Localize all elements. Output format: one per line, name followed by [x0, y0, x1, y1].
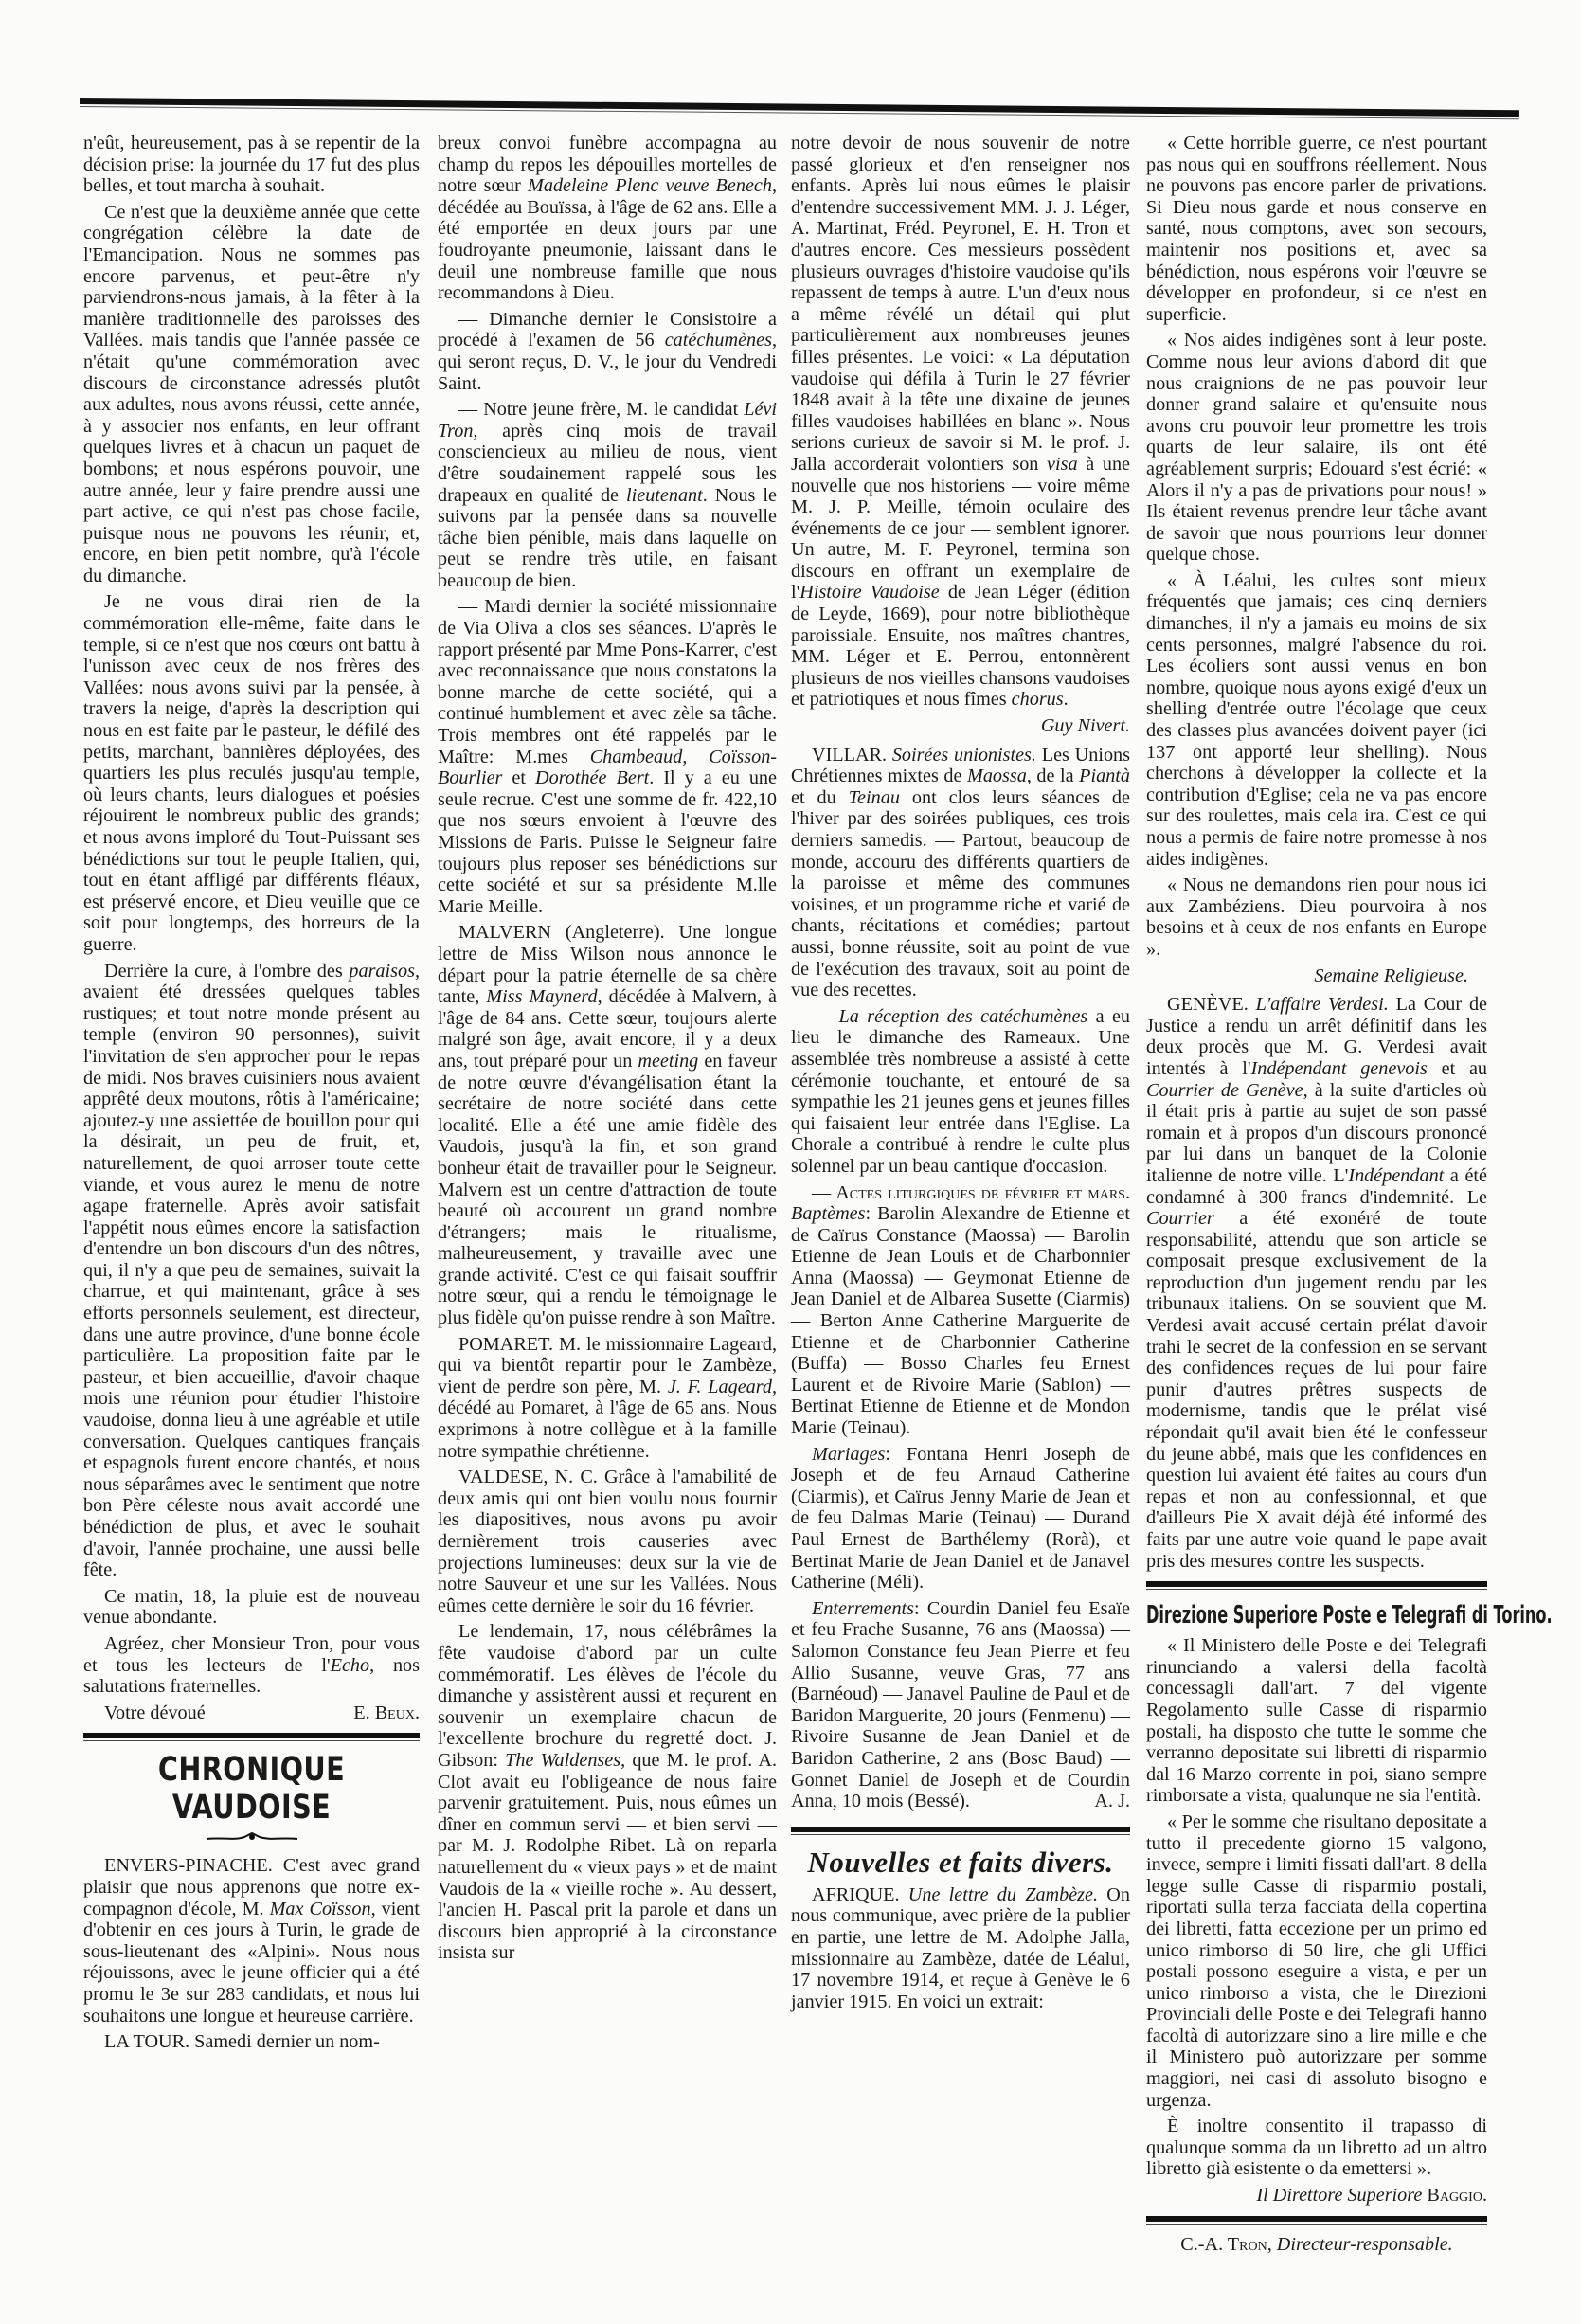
paragraph: Je ne vous dirai rien de la commémoratio…	[83, 591, 420, 955]
place-name: POMARET.	[458, 1334, 553, 1355]
paragraph: VILLAR. Soirées unionistes. Les Unions C…	[791, 745, 1130, 1001]
italic-text: catéchumènes	[665, 330, 772, 351]
ornament-icon	[83, 1830, 420, 1847]
text: Derrière la cure, à l'ombre des	[104, 961, 349, 982]
paragraph: « Il Ministero delle Poste e dei Telegra…	[1146, 1635, 1487, 1807]
paragraph: « Per le somme che risultano depositate …	[1146, 1811, 1487, 2111]
paragraph: « Nos aides indigènes sont à leur poste.…	[1146, 330, 1487, 566]
signoff-text: Votre dévoué	[83, 1702, 206, 1724]
italic-text: Piantà	[1079, 766, 1130, 786]
paragraph: — Dimanche dernier le Consistoire a proc…	[438, 309, 777, 394]
paragraph: « Cette horrible guerre, ce n'est pourta…	[1146, 133, 1487, 325]
section-title: Direzione Superiore Poste e Telegrafi di…	[1146, 1599, 1357, 1631]
paragraph: GENÈVE. L'affaire Verdesi. La Cour de Ju…	[1146, 994, 1487, 1572]
text: à une nouvelle que nos historiens — voir…	[791, 454, 1130, 604]
italic-text: Maossa	[967, 766, 1027, 786]
publisher-role: Directeur-responsable.	[1277, 2234, 1453, 2255]
signoff: Votre dévoué E. Beux.	[83, 1702, 420, 1724]
italic-label: Enterrements	[812, 1598, 914, 1619]
paragraph: Mariages: Fontana Henri Joseph de Joseph…	[791, 1444, 1130, 1594]
paragraph: Ce n'est que la deuxième année que cette…	[83, 202, 420, 587]
text: . Il y a eu une seule recrue. C'est une …	[438, 767, 777, 917]
text: Le lendemain, 17, nous célébrâmes la fêt…	[438, 1621, 777, 1771]
text: : Courdin Daniel feu Esaïe et feu Frache…	[791, 1598, 1130, 1811]
italic-label: Baptèmes	[791, 1203, 865, 1224]
italic-text: Dorothée Bert	[535, 767, 649, 788]
paragraph: ENVERS-PINACHE. C'est avec grand plaisir…	[83, 1855, 420, 2027]
paragraph: VALDESE, N. C. Grâce à l'amabilité de de…	[438, 1467, 777, 1616]
place-name: GENÈVE.	[1167, 994, 1249, 1015]
italic-text: Max Coïsson	[270, 1899, 371, 1919]
section-rule	[791, 1827, 1130, 1832]
italic-text: Indépendant	[1348, 1165, 1444, 1186]
footer-rule	[1146, 2216, 1487, 2222]
column-4: « Cette horrible guerre, ce n'est pourta…	[1146, 133, 1487, 2255]
paragraph: LA TOUR. Samedi dernier un nom-	[83, 2031, 420, 2053]
column-1: n'eût, heureusement, pas à se repentir d…	[83, 133, 420, 2058]
italic-text: Une lettre du Zambèze.	[900, 1884, 1099, 1905]
signature: Il Direttore Superiore Baggio.	[1146, 2185, 1487, 2207]
subheading: — Actes liturgiques de février et mars.	[812, 1182, 1130, 1203]
author-name: Guy Nivert.	[1041, 715, 1130, 737]
italic-text: paraisos	[349, 961, 415, 982]
paragraph: notre devoir de nous souvenir de notre p…	[791, 133, 1130, 711]
italic-text: meeting	[638, 1051, 698, 1072]
paragraph: Le lendemain, 17, nous célébrâmes la fêt…	[438, 1621, 777, 1964]
text: Samedi dernier un nom-	[189, 2031, 380, 2052]
text: et au	[1428, 1058, 1487, 1079]
paragraph: n'eût, heureusement, pas à se repentir d…	[83, 133, 420, 197]
place-name: VALDESE, N. C.	[458, 1467, 598, 1487]
publisher-credit: C.-A. Tron, Directeur-responsable.	[1146, 2234, 1487, 2256]
paragraph: breux convoi funèbre accompagna au champ…	[438, 133, 777, 304]
place-name: ENVERS-PINACHE.	[104, 1855, 273, 1876]
text: , avaient été dressées quelques tables r…	[83, 961, 420, 1581]
section-title: Chronique Vaudoise	[114, 1751, 389, 1827]
italic-text: Courrier	[1146, 1208, 1214, 1229]
paragraph: È inoltre consentito il trapasso di qual…	[1146, 2116, 1487, 2180]
italic-text: The Waldenses	[505, 1750, 620, 1771]
italic-text: lieutenant	[626, 485, 703, 506]
text: , que M. le prof. A. Clot avait eu l'obl…	[438, 1750, 777, 1963]
footer-rule-thin	[1146, 2224, 1487, 2225]
italic-text: Histoire Vaudoise	[799, 582, 939, 603]
source-credit: Semaine Religieuse.	[1146, 965, 1487, 987]
author-name: Baggio.	[1427, 2185, 1487, 2206]
signature-title: Il Direttore Superiore	[1256, 2185, 1422, 2206]
italic-text: chorus	[1012, 689, 1064, 710]
paragraph: — La réception des catéchumènes a eu lie…	[791, 1006, 1130, 1178]
paragraph: Derrière la cure, à l'ombre des paraisos…	[83, 961, 420, 1581]
text: notre devoir de nous souvenir de notre p…	[791, 133, 1130, 475]
italic-text: Courrier de Genève	[1146, 1080, 1303, 1101]
paragraph: « Nous ne demandons rien pour nous ici a…	[1146, 874, 1487, 960]
section-title: Nouvelles et faits divers.	[791, 1845, 1130, 1881]
text: et du	[791, 787, 849, 808]
signature: Guy Nivert.	[791, 715, 1130, 737]
italic-text: Soirées unionistes.	[887, 745, 1036, 766]
text: .	[1064, 689, 1069, 710]
section-rule-thin	[1146, 1589, 1487, 1590]
text: : Fontana Henri Joseph de Joseph et de f…	[791, 1444, 1130, 1594]
place-name: MALVERN	[458, 922, 551, 943]
text: ont clos leurs séances de l'hiver par de…	[791, 787, 1130, 1000]
text: , de la	[1027, 766, 1079, 786]
paragraph: AFRIQUE. Une lettre du Zambèze. On nous …	[791, 1884, 1130, 2013]
italic-text: La réception des catéchumènes	[839, 1006, 1088, 1027]
text: Grâce à l'amabilité de deux amis qui ont…	[438, 1467, 777, 1616]
text: — Notre jeune frère, M. le candidat	[458, 399, 744, 420]
paragraph: POMARET. M. le missionnaire Lageard, qui…	[438, 1334, 777, 1463]
italic-text: L'affaire Verdesi.	[1249, 994, 1389, 1015]
italic-text: Miss Maynerd	[486, 986, 597, 1007]
paragraph: Agréez, cher Monsieur Tron, pour vous et…	[83, 1633, 420, 1698]
publisher-name: C.-A. Tron,	[1180, 2234, 1271, 2255]
text: a eu lieu le dimanche des Rameaux. Une a…	[791, 1006, 1130, 1177]
italic-text: J. F. Lageard	[668, 1377, 772, 1397]
italic-label: Mariages	[812, 1444, 885, 1465]
paragraph: — Notre jeune frère, M. le candidat Lévi…	[438, 399, 777, 591]
italic-text: Madeleine Plenc veuve Benech	[528, 175, 772, 196]
header-rule	[80, 98, 1519, 117]
text: et	[502, 767, 535, 788]
paragraph: — Mardi dernier la société missionnaire …	[438, 596, 777, 917]
section-rule	[83, 1733, 420, 1738]
place-name: VILLAR.	[812, 745, 887, 766]
section-rule	[1146, 1581, 1487, 1587]
paragraph: Enterrements: Courdin Daniel feu Esaïe e…	[791, 1598, 1130, 1812]
place-name: LA TOUR.	[104, 2031, 189, 2052]
section-rule-thin	[83, 1740, 420, 1741]
paragraph: « À Léalui, les cultes sont mieux fréque…	[1146, 570, 1487, 870]
text: en faveur de notre œuvre d'évangélisatio…	[438, 1051, 777, 1328]
italic-text: Indépendant genevois	[1251, 1058, 1428, 1079]
author-name: A. J.	[1073, 1791, 1130, 1812]
italic-text: Echo	[331, 1655, 369, 1676]
place-name: AFRIQUE.	[812, 1884, 900, 1905]
section-rule-thin	[791, 1834, 1130, 1835]
italic-text: visa	[1047, 454, 1078, 475]
text: a été exonéré de toute responsabilité, a…	[1146, 1208, 1487, 1572]
text: — Mardi dernier la société missionnaire …	[438, 596, 777, 766]
italic-text: Teinau	[849, 787, 900, 808]
column-3: notre devoir de nous souvenir de notre p…	[791, 133, 1130, 2017]
column-2: breux convoi funèbre accompagna au champ…	[438, 133, 777, 1969]
source-name: Semaine Religieuse.	[1314, 965, 1487, 987]
paragraph: Ce matin, 18, la pluie est de nouveau ve…	[83, 1586, 420, 1629]
text: —	[812, 1006, 839, 1027]
author-name: E. Beux.	[353, 1702, 420, 1724]
paragraph: MALVERN (Angleterre). Une longue lettre …	[438, 922, 777, 1328]
paragraph: — Actes liturgiques de février et mars. …	[791, 1182, 1130, 1439]
text: : Barolin Alexandre de Etienne et de Caï…	[791, 1203, 1130, 1438]
